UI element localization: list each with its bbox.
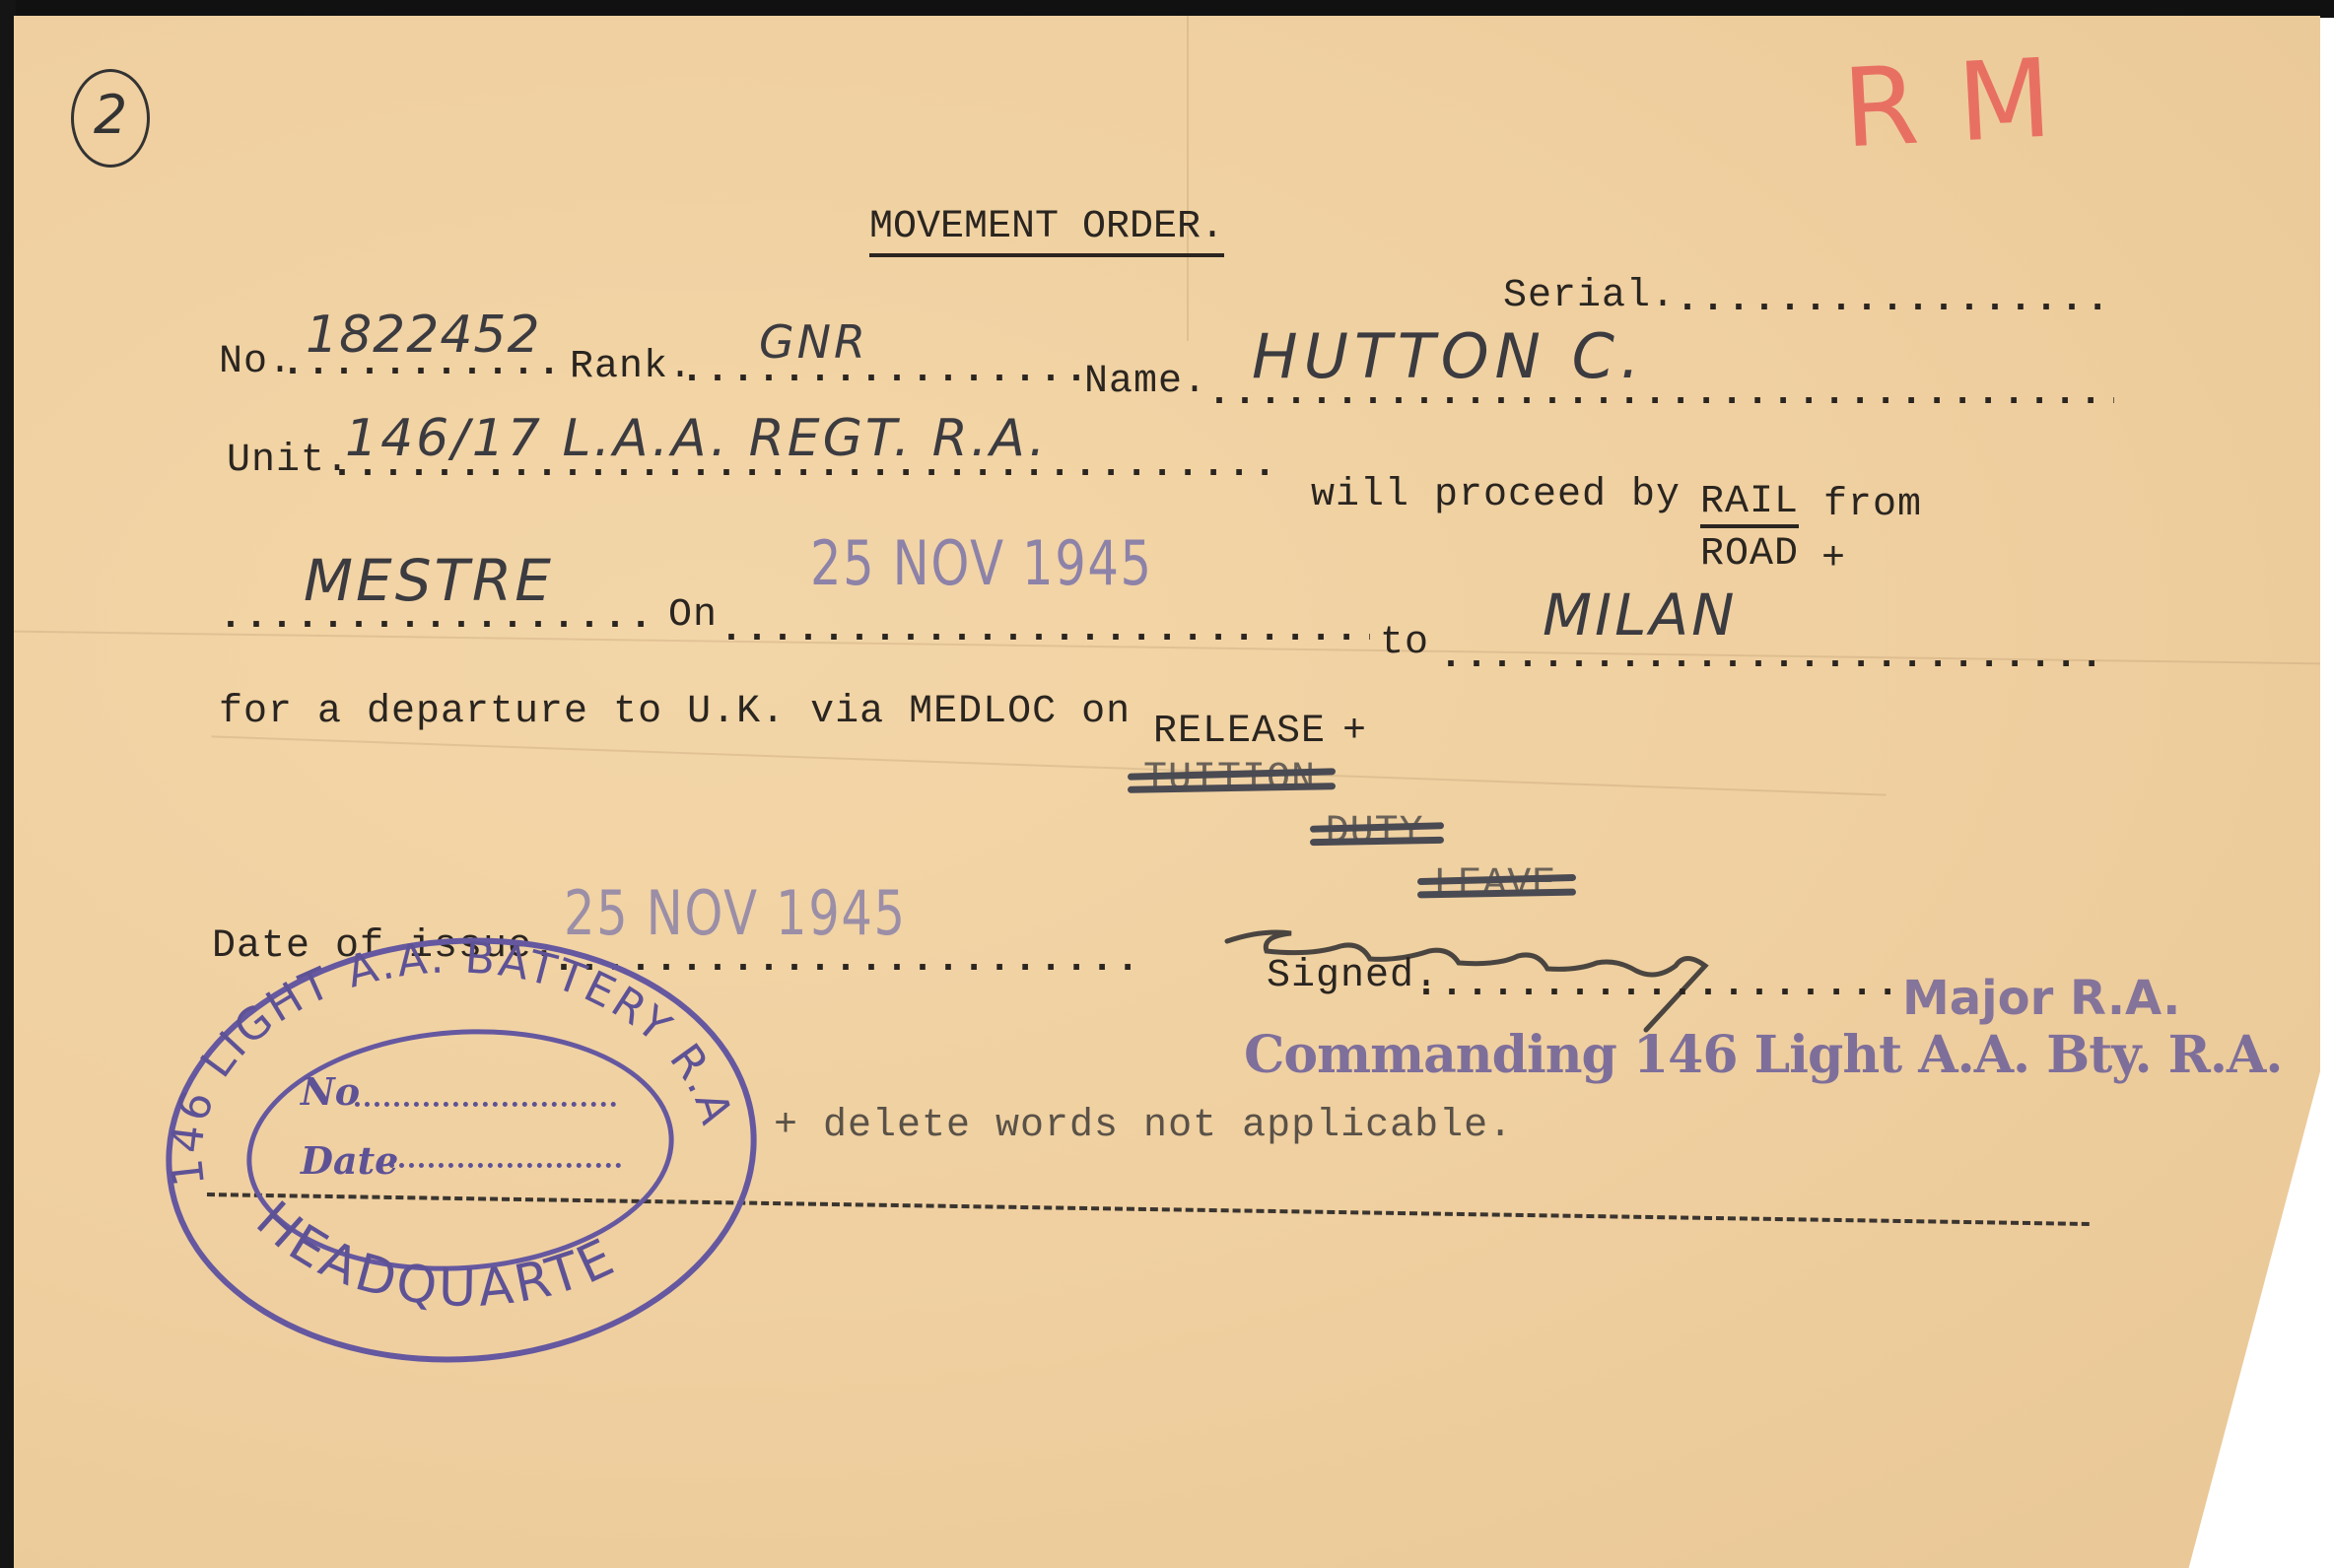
rank-stamp: Major R.A. <box>1902 971 2180 1026</box>
number-field-dots: ·············· <box>281 350 567 394</box>
page-marker-number: 2 <box>74 84 147 146</box>
serial-label: Serial. <box>1503 274 1676 318</box>
from-field-dots: ·················· <box>219 603 662 648</box>
purpose-option-release[interactable]: RELEASE <box>1153 710 1326 754</box>
on-label: On <box>668 593 718 638</box>
serial-field[interactable]: ························· <box>1676 286 2109 330</box>
hq-stamp-date-dots <box>389 1163 621 1168</box>
hq-stamp-no-dots <box>355 1102 616 1107</box>
name-label: Name. <box>1084 360 1207 404</box>
transport-option-road[interactable]: ROAD <box>1700 532 1799 577</box>
paper-crease <box>211 735 1886 795</box>
scanner-frame-top <box>0 0 2334 18</box>
purpose-text: for a departure to U.K. via MEDLOC on <box>219 690 1131 734</box>
hq-stamp-curved-text: 146 LIGHT A.A. BATTERY R.A. HEADQUARTERS <box>166 938 757 1362</box>
transport-option-rail[interactable]: RAIL <box>1700 480 1799 528</box>
unit-field-dots: ········································… <box>330 451 1276 496</box>
to-label: to <box>1380 621 1429 665</box>
scanner-frame-left <box>0 0 16 1568</box>
corner-initials: RM <box>1840 34 2094 172</box>
rank-field-dots: ························ <box>680 357 1094 401</box>
page-title: MOVEMENT ORDER. <box>869 205 1224 257</box>
purpose-option-leave-struck[interactable]: LEAVE <box>1433 862 1556 907</box>
to-location[interactable]: MILAN <box>1543 581 1738 648</box>
commanding-stamp: Commanding 146 Light A.A. Bty. R.A. <box>1244 1025 2282 1085</box>
purpose-option-tuition-struck[interactable]: TUITION <box>1143 757 1316 801</box>
purpose-option-duty-struck[interactable]: DUTY <box>1326 810 1424 854</box>
signed-field-dots[interactable]: ······················ <box>1414 971 1907 1015</box>
page-marker: 2 <box>71 69 150 168</box>
to-field-dots: ···························· <box>1439 643 2109 687</box>
hq-stamp-date-label: Date <box>301 1138 398 1183</box>
proceed-text: will proceed by <box>1311 473 1681 517</box>
svg-text:146 LIGHT A.A. BATTERY R.A.: 146 LIGHT A.A. BATTERY R.A. <box>166 938 742 1189</box>
on-field-dots: ···························· <box>720 616 1370 660</box>
rank-label: Rank. <box>570 345 693 389</box>
delete-marker: + <box>1821 537 1846 581</box>
delete-marker: + <box>1342 710 1367 754</box>
paper-crease <box>1187 16 1189 341</box>
name-field-dots: ······································· <box>1207 379 2114 424</box>
from-text: from <box>1823 483 1922 527</box>
footnote: + delete words not applicable. <box>774 1104 1513 1148</box>
on-date-stamp: 25 NOV 1945 <box>810 527 1153 599</box>
signed-label: Signed. <box>1267 954 1439 998</box>
hq-stamp-no-label: No <box>301 1069 360 1114</box>
